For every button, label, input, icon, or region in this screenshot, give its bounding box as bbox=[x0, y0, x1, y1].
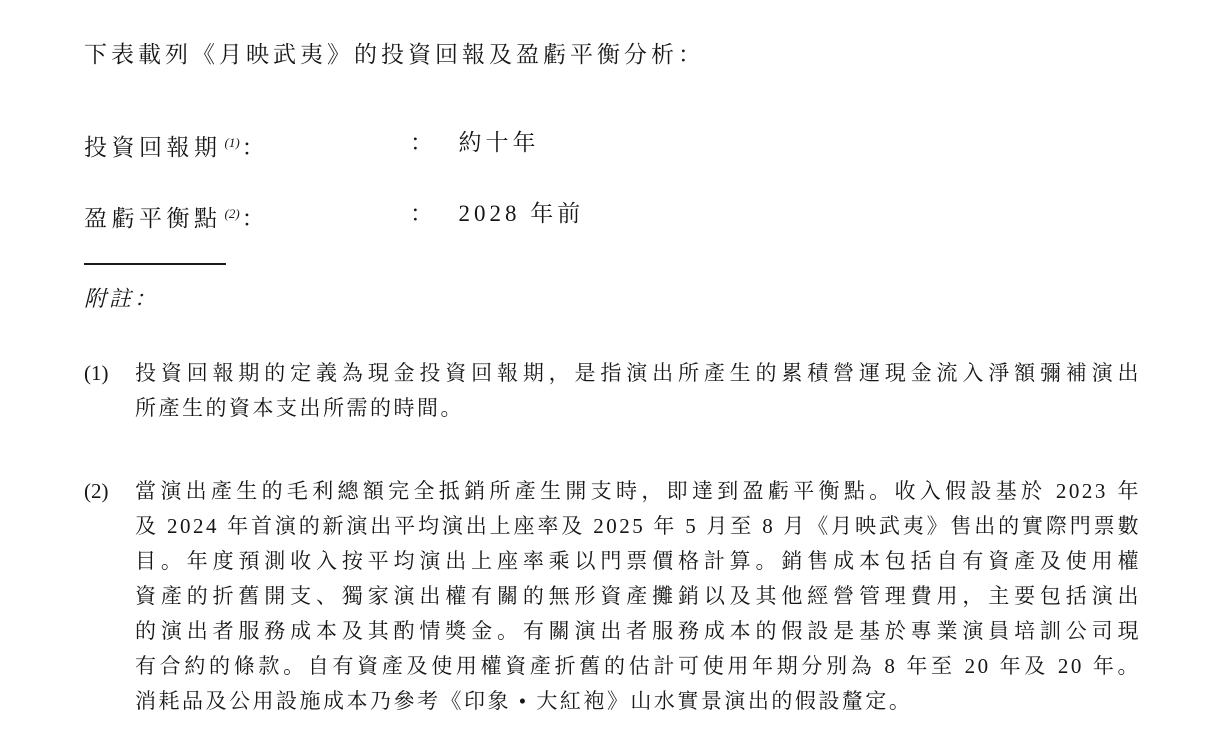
footnote-text: 投資回報期的定義為現金投資回報期，是指演出所產生的累積營運現金流入淨額彌補演出所… bbox=[135, 356, 1141, 426]
row-label-colon: ： bbox=[242, 206, 270, 231]
note-line: 有合約的條款。自有資產及使用權資產折舊的估計可使用年期分別為 8 年至 20 年… bbox=[135, 649, 1141, 684]
summary-row: 投資回報期(1)： ： 約十年 bbox=[84, 128, 584, 163]
row-label: 盈虧平衡點 bbox=[84, 206, 222, 231]
note-ref-superscript: (1) bbox=[222, 135, 242, 150]
separator-colon: ： bbox=[410, 199, 438, 229]
footnote: (2) 當演出產生的毛利總額完全抵銷所產生開支時，即達到盈虧平衡點。收入假設基於… bbox=[84, 474, 1144, 719]
note-line: 投資回報期的定義為現金投資回報期，是指演出所產生的累積營運現金流入淨額彌補演出 bbox=[135, 356, 1141, 391]
separator-colon: ： bbox=[410, 128, 438, 158]
note-line: 所產生的資本支出所需的時間。 bbox=[135, 391, 1141, 426]
note-line: 的演出者服務成本及其酌情獎金。有關演出者服務成本的假設是基於專業演員培訓公司現 bbox=[135, 614, 1141, 649]
notes-heading: 附註： bbox=[84, 282, 159, 313]
document-page: 下表載列《月映武夷》的投資回報及盈虧平衡分析： 投資回報期(1)： ： 約十年 … bbox=[0, 0, 1219, 748]
note-line: 當演出產生的毛利總額完全抵銷所產生開支時，即達到盈虧平衡點。收入假設基於 202… bbox=[135, 474, 1141, 509]
row-label-cell: 投資回報期(1)： bbox=[84, 128, 410, 163]
row-value: 2028 年前 bbox=[459, 199, 585, 229]
footnote-number: (2) bbox=[84, 474, 135, 509]
row-label-cell: 盈虧平衡點(2)： bbox=[84, 199, 410, 234]
footnote: (1) 投資回報期的定義為現金投資回報期，是指演出所產生的累積營運現金流入淨額彌… bbox=[84, 356, 1144, 426]
note-line: 目。年度預測收入按平均演出上座率乘以門票價格計算。銷售成本包括自有資產及使用權 bbox=[135, 544, 1141, 579]
summary-row: 盈虧平衡點(2)： ： 2028 年前 bbox=[84, 199, 584, 234]
note-ref-superscript: (2) bbox=[222, 206, 242, 221]
note-line: 資產的折舊開支、獨家演出權有關的無形資產攤銷以及其他經營管理費用，主要包括演出 bbox=[135, 579, 1141, 614]
footnote-number: (1) bbox=[84, 356, 135, 391]
row-value: 約十年 bbox=[459, 128, 540, 158]
intro-text: 下表載列《月映武夷》的投資回報及盈虧平衡分析： bbox=[84, 36, 705, 69]
footnote-text: 當演出產生的毛利總額完全抵銷所產生開支時，即達到盈虧平衡點。收入假設基於 202… bbox=[135, 474, 1141, 719]
row-label-colon: ： bbox=[242, 135, 270, 160]
summary-table: 投資回報期(1)： ： 約十年 盈虧平衡點(2)： ： 2028 年前 bbox=[84, 128, 584, 270]
footnote-divider bbox=[84, 263, 226, 265]
row-label: 投資回報期 bbox=[84, 135, 222, 160]
note-line: 消耗品及公用設施成本乃參考《印象 • 大紅袍》山水實景演出的假設釐定。 bbox=[135, 684, 1141, 719]
note-line: 及 2024 年首演的新演出平均演出上座率及 2025 年 5 月至 8 月《月… bbox=[135, 509, 1141, 544]
footnotes-section: (1) 投資回報期的定義為現金投資回報期，是指演出所產生的累積營運現金流入淨額彌… bbox=[84, 356, 1144, 719]
